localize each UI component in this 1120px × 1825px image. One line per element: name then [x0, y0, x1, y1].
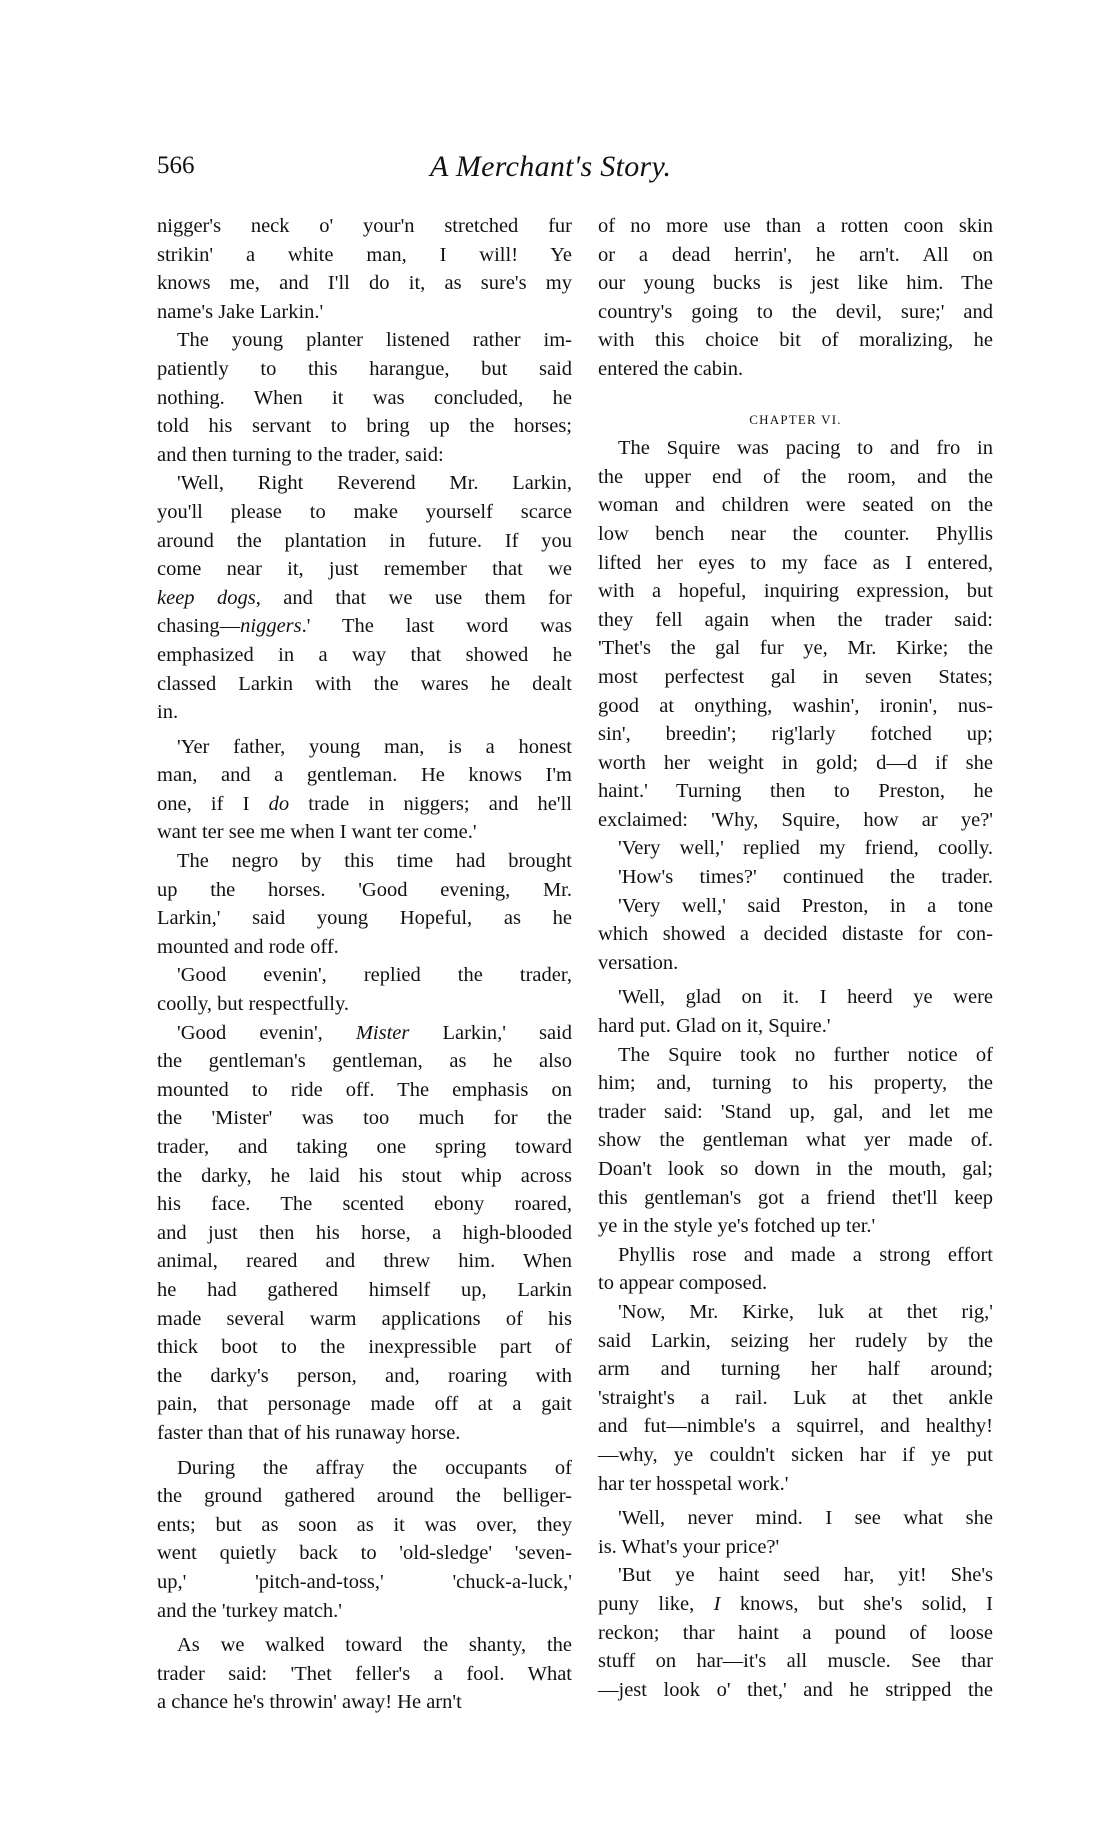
text-line: 'Good evenin', Mister Larkin,' said [157, 1019, 572, 1048]
text-line: Larkin,' said young Hopeful, as he [157, 904, 572, 933]
text-line: the 'Mister' was too much for the [157, 1104, 572, 1133]
text-line: this gentleman's got a friend thet'll ke… [598, 1184, 993, 1213]
text-line: trader said: 'Thet feller's a fool. What [157, 1660, 572, 1689]
text-line: —jest look o' thet,' and he stripped the [598, 1676, 993, 1705]
text-line: which showed a decided distaste for con- [598, 920, 993, 949]
text-line: strikin' a white man, I will! Ye [157, 241, 572, 270]
running-title: A Merchant's Story. [430, 150, 671, 184]
text-line: pain, that personage made off at a gait [157, 1390, 572, 1419]
text-line: the darky, he laid his stout whip across [157, 1162, 572, 1191]
text-line: classed Larkin with the wares he dealt [157, 670, 572, 699]
text-line: versation. [598, 949, 993, 978]
text-line: they fell again when the trader said: [598, 606, 993, 635]
text-line: 'How's times?' continued the trader. [598, 863, 993, 892]
text-line: of no more use than a rotten coon skin [598, 212, 993, 241]
text-line: and then turning to the trader, said: [157, 441, 572, 470]
text-line: 'Well, glad on it. I heerd ye were [598, 983, 993, 1012]
text-line: keep dogs, and that we use them for [157, 584, 572, 613]
text-line: is. What's your price?' [598, 1533, 993, 1562]
text-line: 'Very well,' replied my friend, coolly. [598, 834, 993, 863]
text-line: animal, reared and threw him. When [157, 1247, 572, 1276]
text-line: chasing—niggers.' The last word was [157, 612, 572, 641]
text-line: ye in the style ye's fotched up ter.' [598, 1212, 993, 1241]
text-line: 'Yer father, young man, is a honest [157, 733, 572, 762]
text-line: went quietly back to 'old-sledge' 'seven… [157, 1539, 572, 1568]
text-line: the gentleman's gentleman, as he also [157, 1047, 572, 1076]
right-column-before-chapter: of no more use than a rotten coon skinor… [598, 212, 993, 384]
text-line: Doan't look so down in the mouth, gal; [598, 1155, 993, 1184]
text-line: said Larkin, seizing her rudely by the [598, 1327, 993, 1356]
text-line: the upper end of the room, and the [598, 463, 993, 492]
text-line: As we walked toward the shanty, the [157, 1631, 572, 1660]
right-column: of no more use than a rotten coon skinor… [598, 212, 993, 1704]
text-line: emphasized in a way that showed he [157, 641, 572, 670]
left-column: nigger's neck o' your'n stretched furstr… [157, 212, 572, 1717]
text-line: 'Very well,' said Preston, in a tone [598, 892, 993, 921]
text-line: with this choice bit of moralizing, he [598, 326, 993, 355]
text-line: he had gathered himself up, Larkin [157, 1276, 572, 1305]
page-number: 566 [157, 152, 195, 180]
text-line: 'straight's a rail. Luk at thet ankle [598, 1384, 993, 1413]
text-line: har ter hosspetal work.' [598, 1470, 993, 1499]
chapter-heading: CHAPTER VI. [598, 406, 993, 435]
text-line: the ground gathered around the belliger- [157, 1482, 572, 1511]
book-page: 566 A Merchant's Story. nigger's neck o'… [0, 0, 1120, 1825]
text-line: haint.' Turning then to Preston, he [598, 777, 993, 806]
text-line: made several warm applications of his [157, 1305, 572, 1334]
text-line: coolly, but respectfully. [157, 990, 572, 1019]
text-line: worth her weight in gold; d—d if she [598, 749, 993, 778]
text-line: puny like, I knows, but she's solid, I [598, 1590, 993, 1619]
text-line: or a dead herrin', he arn't. All on [598, 241, 993, 270]
text-line: show the gentleman what yer made of. [598, 1126, 993, 1155]
text-line: up,' 'pitch-and-toss,' 'chuck-a-luck,' [157, 1568, 572, 1597]
text-line: 'But ye haint seed har, yit! She's [598, 1561, 993, 1590]
text-line: around the plantation in future. If you [157, 527, 572, 556]
text-line: one, if I do trade in niggers; and he'll [157, 790, 572, 819]
text-line: knows me, and I'll do it, as sure's my [157, 269, 572, 298]
text-line: 'Now, Mr. Kirke, luk at thet rig,' [598, 1298, 993, 1327]
text-line: stuff on har—it's all muscle. See thar [598, 1647, 993, 1676]
text-line: nigger's neck o' your'n stretched fur [157, 212, 572, 241]
text-line: and fut—nimble's a squirrel, and healthy… [598, 1412, 993, 1441]
text-line: up the horses. 'Good evening, Mr. [157, 876, 572, 905]
text-line: 'Good evenin', replied the trader, [157, 961, 572, 990]
text-line: trader said: 'Stand up, gal, and let me [598, 1098, 993, 1127]
text-line: most perfectest gal in seven States; [598, 663, 993, 692]
text-line: in. [157, 698, 572, 727]
text-line: ents; but as soon as it was over, they [157, 1511, 572, 1540]
text-line: low bench near the counter. Phyllis [598, 520, 993, 549]
text-line: his face. The scented ebony roared, [157, 1190, 572, 1219]
text-line: The negro by this time had brought [157, 847, 572, 876]
text-line: told his servant to bring up the horses; [157, 412, 572, 441]
text-line: you'll please to make yourself scarce [157, 498, 572, 527]
text-line: woman and children were seated on the [598, 491, 993, 520]
text-line: patiently to this harangue, but said [157, 355, 572, 384]
right-column-after-chapter: The Squire was pacing to and fro inthe u… [598, 434, 993, 1704]
text-line: 'Well, never mind. I see what she [598, 1504, 993, 1533]
text-line: and the 'turkey match.' [157, 1597, 572, 1626]
text-line: name's Jake Larkin.' [157, 298, 572, 327]
text-line: with a hopeful, inquiring expression, bu… [598, 577, 993, 606]
text-line: entered the cabin. [598, 355, 993, 384]
text-line: —why, ye couldn't sicken har if ye put [598, 1441, 993, 1470]
text-line: man, and a gentleman. He knows I'm [157, 761, 572, 790]
text-line: our young bucks is jest like him. The [598, 269, 993, 298]
text-line: good at onything, washin', ironin', nus- [598, 692, 993, 721]
text-line: a chance he's throwin' away! He arn't [157, 1688, 572, 1717]
text-line: The Squire took no further notice of [598, 1041, 993, 1070]
text-line: want ter see me when I want ter come.' [157, 818, 572, 847]
text-line: nothing. When it was concluded, he [157, 384, 572, 413]
text-line: The Squire was pacing to and fro in [598, 434, 993, 463]
text-line: 'Well, Right Reverend Mr. Larkin, [157, 469, 572, 498]
text-line: sin', breedin'; rig'larly fotched up; [598, 720, 993, 749]
text-line: 'Thet's the gal fur ye, Mr. Kirke; the [598, 634, 993, 663]
text-line: and just then his horse, a high-blooded [157, 1219, 572, 1248]
text-line: thick boot to the inexpressible part of [157, 1333, 572, 1362]
text-line: come near it, just remember that we [157, 555, 572, 584]
text-line: country's going to the devil, sure;' and [598, 298, 993, 327]
text-line: exclaimed: 'Why, Squire, how ar ye?' [598, 806, 993, 835]
text-line: mounted and rode off. [157, 933, 572, 962]
text-line: lifted her eyes to my face as I entered, [598, 549, 993, 578]
text-line: him; and, turning to his property, the [598, 1069, 993, 1098]
text-line: faster than that of his runaway horse. [157, 1419, 572, 1448]
text-line: The young planter listened rather im- [157, 326, 572, 355]
text-line: arm and turning her half around; [598, 1355, 993, 1384]
text-line: to appear composed. [598, 1269, 993, 1298]
text-line: During the affray the occupants of [157, 1454, 572, 1483]
text-line: mounted to ride off. The emphasis on [157, 1076, 572, 1105]
text-line: Phyllis rose and made a strong effort [598, 1241, 993, 1270]
text-line: the darky's person, and, roaring with [157, 1362, 572, 1391]
text-line: trader, and taking one spring toward [157, 1133, 572, 1162]
text-line: reckon; thar haint a pound of loose [598, 1619, 993, 1648]
text-line: hard put. Glad on it, Squire.' [598, 1012, 993, 1041]
